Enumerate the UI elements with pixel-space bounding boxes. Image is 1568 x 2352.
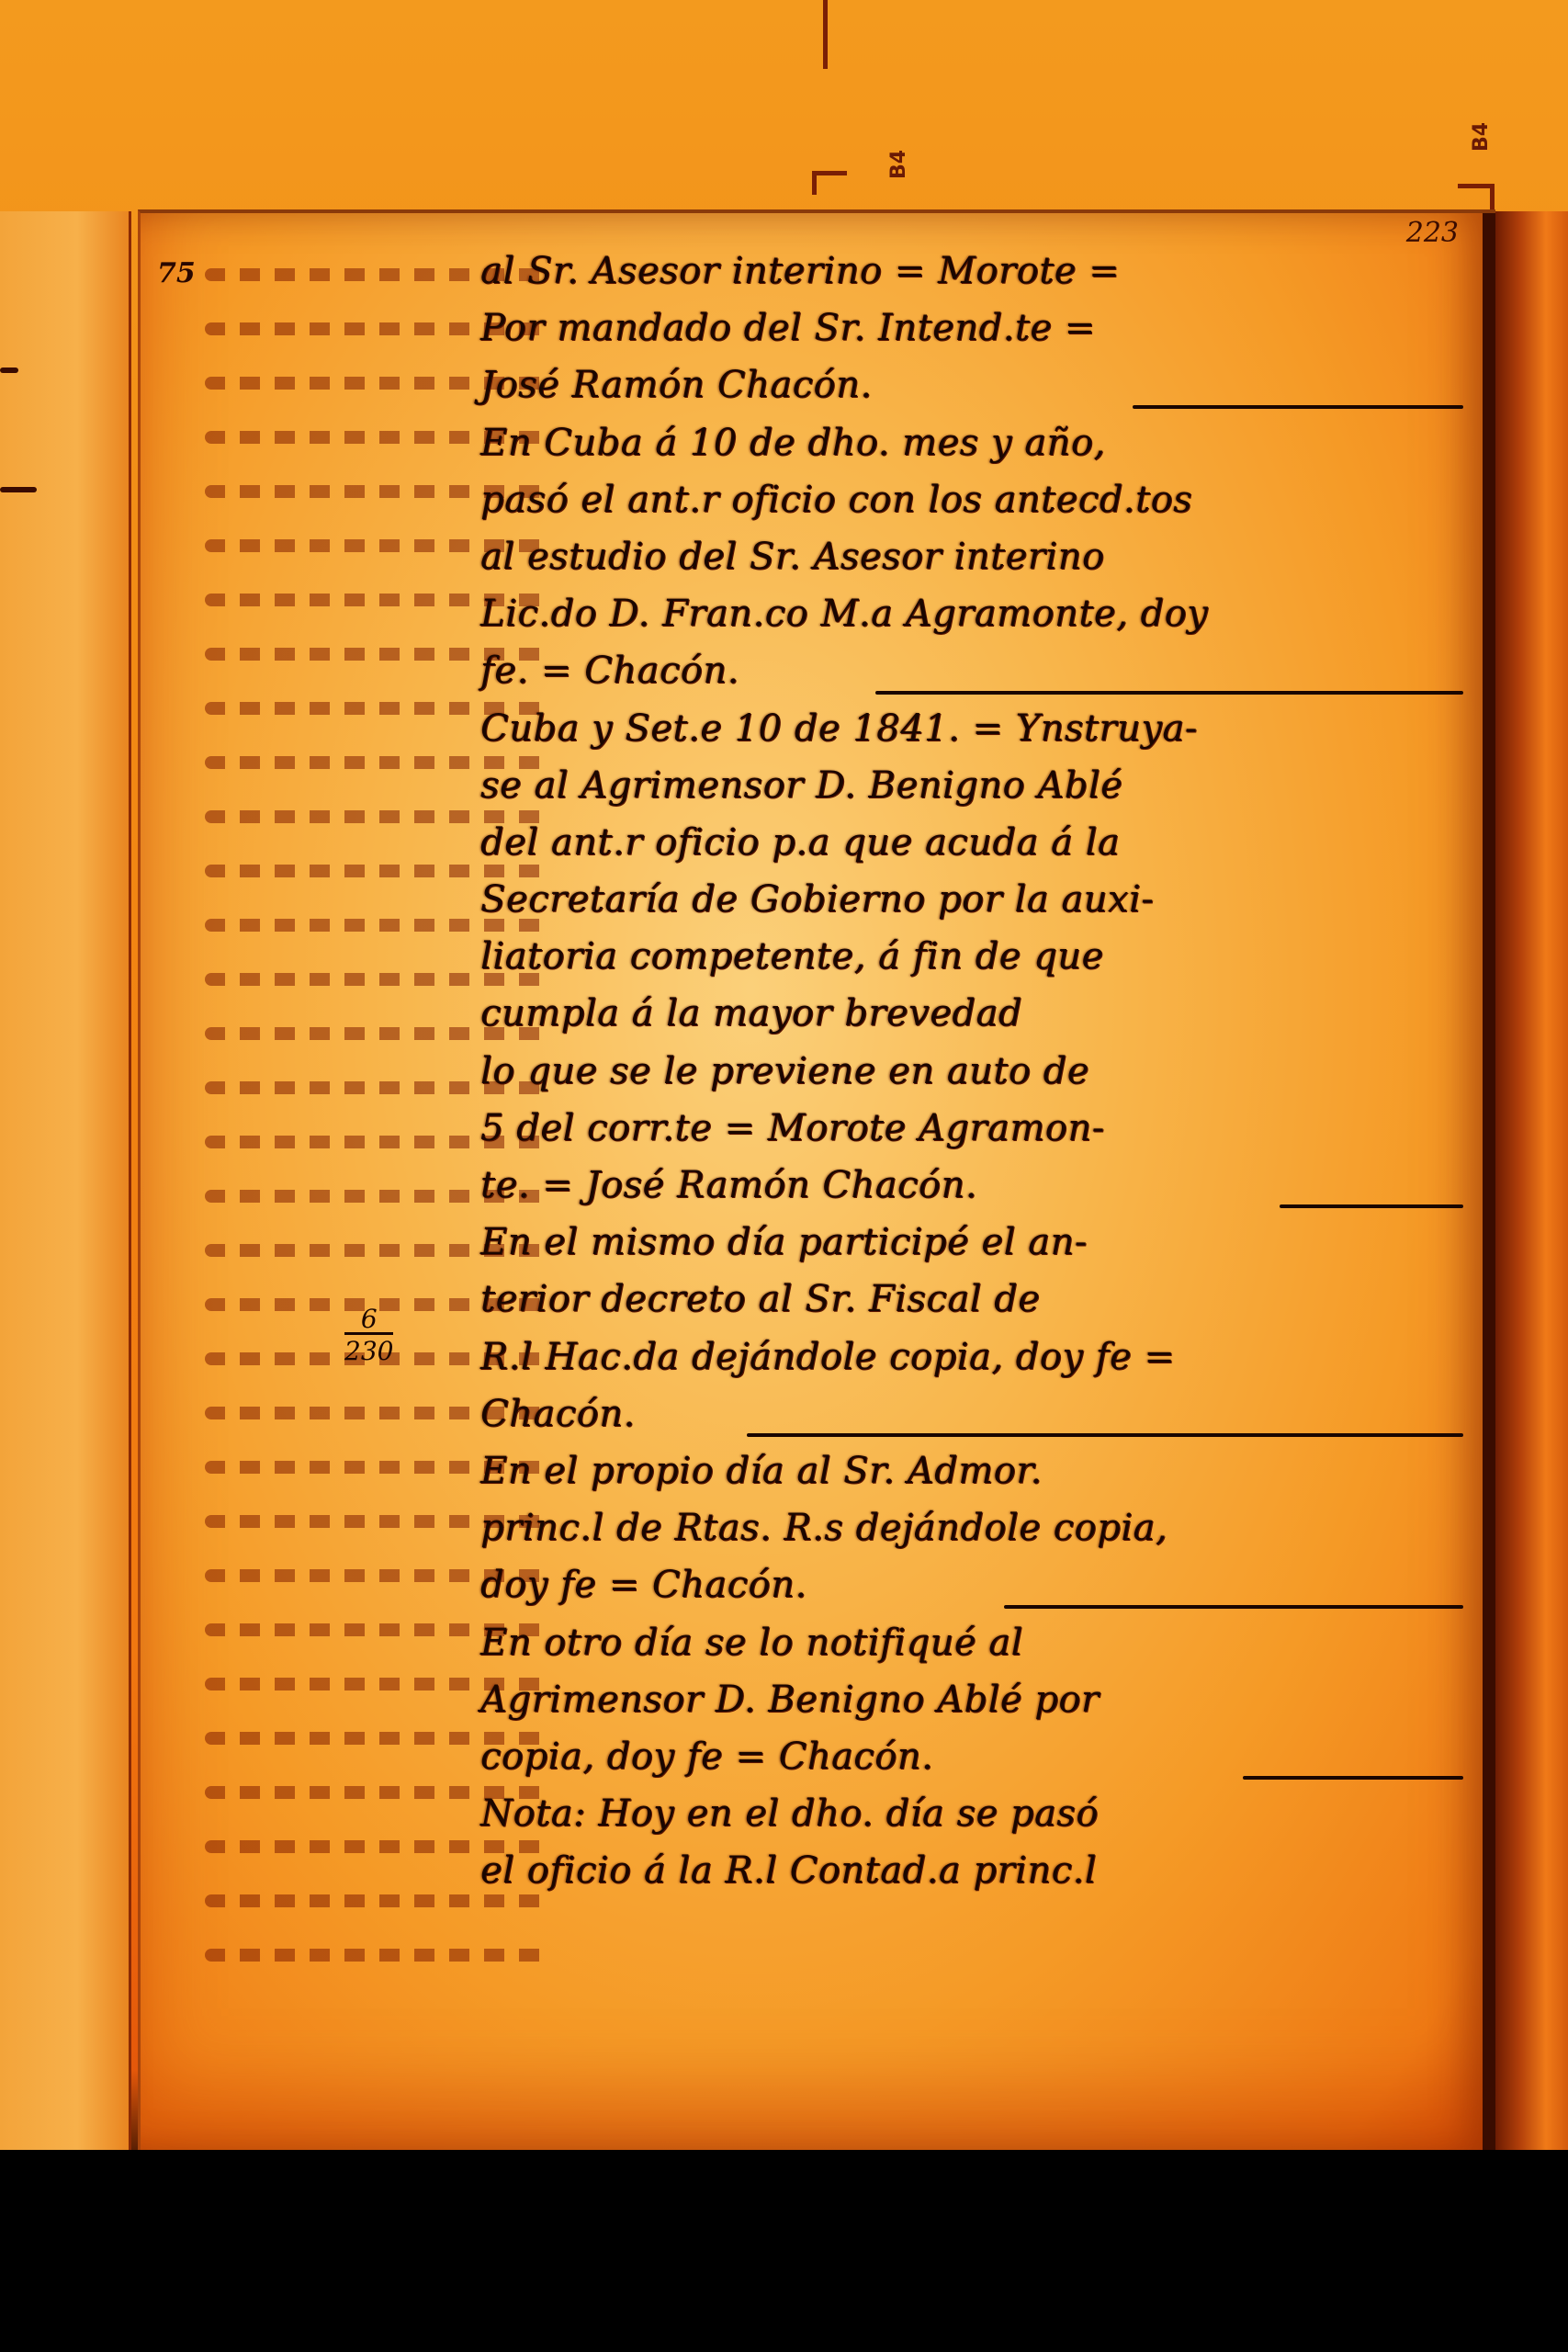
text-line: liatoria competente, á fin de que	[480, 935, 1463, 992]
page-spine-shadow	[1483, 213, 1495, 2152]
text-line: En el mismo día participé el an-	[480, 1221, 1463, 1278]
text-line: 5 del corr.te = Morote Agramon-	[480, 1107, 1463, 1164]
text-line: el oficio á la R.l Contad.a princ.l	[480, 1849, 1463, 1906]
crop-mark-left-h	[812, 171, 847, 175]
ink-mark	[0, 487, 37, 492]
manuscript-text: al Sr. Asesor interino = Morote = Por ma…	[480, 250, 1463, 1906]
crop-mark-top	[823, 0, 828, 69]
bottom-shadow	[0, 2150, 1568, 2352]
text-line: Por mandado del Sr. Intend.te =	[480, 307, 1463, 364]
text-line: Secretaría de Gobierno por la auxi-	[480, 878, 1463, 935]
margin-annotation-bottom: 230	[344, 1332, 393, 1364]
text-line: José Ramón Chacón.	[480, 364, 1463, 421]
text-line: del ant.r oficio p.a que acuda á la	[480, 821, 1463, 878]
text-line: te. = José Ramón Chacón.	[480, 1164, 1463, 1221]
previous-page-edge	[0, 211, 131, 2150]
margin-annotation: 6 230	[344, 1306, 393, 1364]
text-line: pasó el ant.r oficio con los antecd.tos	[480, 479, 1463, 536]
folio-number: 223	[1406, 217, 1459, 249]
folio-number-left: 75	[157, 257, 196, 289]
text-line: En otro día se lo notifiqué al	[480, 1622, 1463, 1679]
text-line: se al Agrimensor D. Benigno Ablé	[480, 764, 1463, 821]
text-line: copia, doy fe = Chacón.	[480, 1736, 1463, 1792]
text-line: Chacón.	[480, 1393, 1463, 1450]
text-line: princ.l de Rtas. R.s dejándole copia,	[480, 1507, 1463, 1564]
crop-mark-right-h	[1458, 184, 1493, 188]
book-edge	[1495, 211, 1568, 2150]
text-line: Nota: Hoy en el dho. día se pasó	[480, 1792, 1463, 1849]
text-line: doy fe = Chacón.	[480, 1564, 1463, 1621]
text-line: Lic.do D. Fran.co M.a Agramonte, doy	[480, 593, 1463, 650]
b4-label-right: B4	[1470, 122, 1493, 152]
b4-label-left: B4	[887, 150, 910, 179]
text-line: al Sr. Asesor interino = Morote =	[480, 250, 1463, 307]
text-line: En Cuba á 10 de dho. mes y año,	[480, 422, 1463, 479]
text-line: Agrimensor D. Benigno Ablé por	[480, 1679, 1463, 1736]
text-line: cumpla á la mayor brevedad	[480, 992, 1463, 1049]
margin-annotation-top: 6	[344, 1306, 393, 1332]
manuscript-page: 223 75 6 230 al Sr. Asesor interino = Mo…	[138, 209, 1495, 2152]
text-line: En el propio día al Sr. Admor.	[480, 1450, 1463, 1507]
text-line: Cuba y Set.e 10 de 1841. = Ynstruya-	[480, 707, 1463, 764]
crop-mark-left-v	[812, 171, 817, 195]
ink-mark	[0, 367, 18, 373]
text-line: al estudio del Sr. Asesor interino	[480, 536, 1463, 593]
text-line: R.l Hac.da dejándole copia, doy fe =	[480, 1336, 1463, 1393]
text-line: terior decreto al Sr. Fiscal de	[480, 1278, 1463, 1335]
text-line: lo que se le previene en auto de	[480, 1050, 1463, 1107]
text-line: fe. = Chacón.	[480, 650, 1463, 707]
